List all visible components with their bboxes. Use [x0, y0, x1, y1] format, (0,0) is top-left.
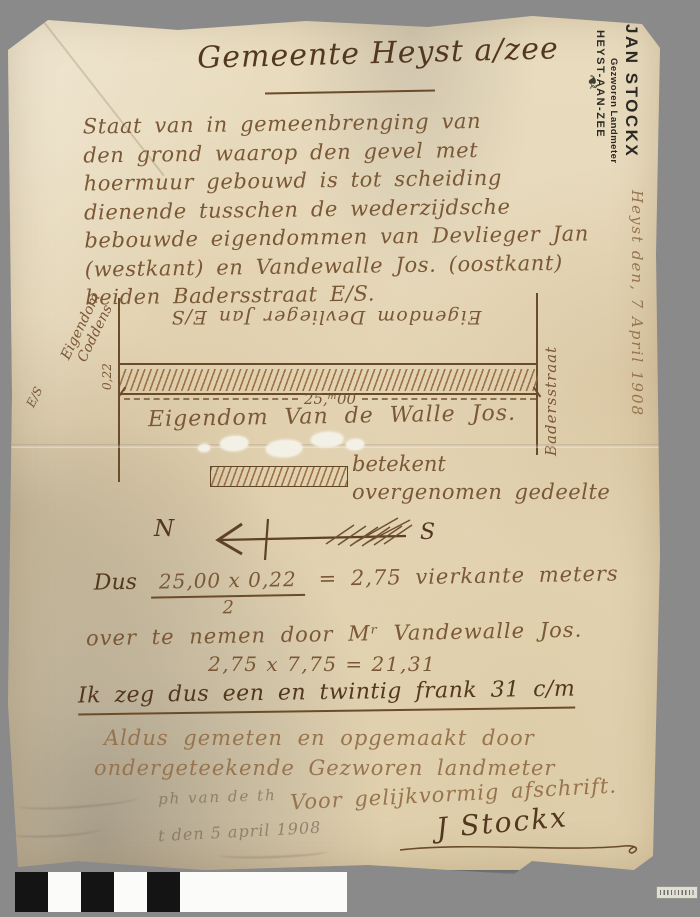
calc-fraction: 25,00 x 0,22 2	[151, 567, 306, 620]
body-paragraph: Staat van in gemeenbrenging van den gron…	[83, 105, 590, 312]
faint-scribble	[218, 846, 328, 860]
legend-swatch	[210, 466, 348, 487]
paper-damage-spot	[198, 444, 210, 452]
scale-bar-segment-black	[147, 872, 180, 912]
inventory-sticker	[656, 886, 698, 899]
paper-damage-spot	[220, 436, 248, 451]
plan-thickness-label: 0,22	[100, 332, 114, 390]
margin-date: Heyst den, 7 April 1908	[628, 190, 646, 482]
signature-flourish	[396, 838, 648, 858]
compass-north-label: N	[154, 516, 174, 542]
compass-arrow-icon	[206, 512, 426, 568]
compass-south-label: S	[420, 520, 435, 545]
calc-line3: 2,75 x 7,75 = 21,31	[208, 652, 436, 676]
scale-bar-segment-white	[114, 872, 147, 912]
calc-result: = 2,75 vierkante meters	[318, 561, 618, 590]
closing-line2: ondergeteekende Gezworen landmeter	[94, 756, 555, 780]
photographic-scale-bar	[15, 872, 347, 912]
calc-denominator: 2	[151, 596, 305, 620]
document-paper: JAN STOCKX Gezworen Landmeter HEYST-AAN-…	[8, 14, 660, 870]
sticker-digits	[660, 890, 694, 895]
scale-bar-segment-black	[81, 872, 114, 912]
letterhead-profession: Gezworen Landmeter	[608, 24, 619, 232]
measure-dash-left	[124, 398, 298, 400]
title-underline	[265, 90, 435, 95]
scale-bar-segment-white	[48, 872, 81, 912]
letterhead-city: HEYST-AAN-ZEE	[594, 24, 606, 232]
faint-scribble	[18, 792, 139, 812]
paper-damage-spot	[266, 440, 302, 457]
measure-dash-right	[362, 398, 536, 400]
pencil-fragment: ph van de th	[158, 786, 277, 808]
plan-south-owner-label: Eigendom Van de Walle Jos.	[148, 401, 516, 432]
calc-intro: Dus	[94, 570, 138, 596]
plan-north-owner-label: Eigendom Devlieger Jan E/S	[126, 306, 526, 328]
legend-word: betekent	[352, 452, 446, 476]
pencil-date: t den 5 april 1908	[158, 818, 322, 846]
calc-numerator: 25,00 x 0,22	[151, 567, 305, 599]
calc-line2: over te nemen door Mʳ Vandewalle Jos.	[86, 618, 583, 651]
calc-conclusion: Ik zeg dus een en twintig frank 31 c/m	[78, 677, 576, 716]
scale-bar-segment-black	[15, 872, 48, 912]
closing-line1: Aldus gemeten en opgemaakt door	[104, 726, 535, 750]
plan-west-owner-suffix: E/S	[24, 384, 46, 409]
photo-background: JAN STOCKX Gezworen Landmeter HEYST-AAN-…	[0, 0, 700, 917]
legend-meaning: overgenomen gedeelte	[352, 480, 610, 504]
document-title: Gemeente Heyst a/zee	[193, 31, 564, 76]
faint-scribble	[10, 824, 100, 840]
scale-bar-segment-white-long	[180, 872, 347, 912]
paper-damage-spot	[346, 439, 364, 450]
calc-fraction-row: Dus 25,00 x 0,22 2 = 2,75 vierkante mete…	[94, 561, 620, 620]
paper-damage-spot	[311, 432, 343, 447]
plan-street-label: Badersstraat	[542, 296, 560, 456]
